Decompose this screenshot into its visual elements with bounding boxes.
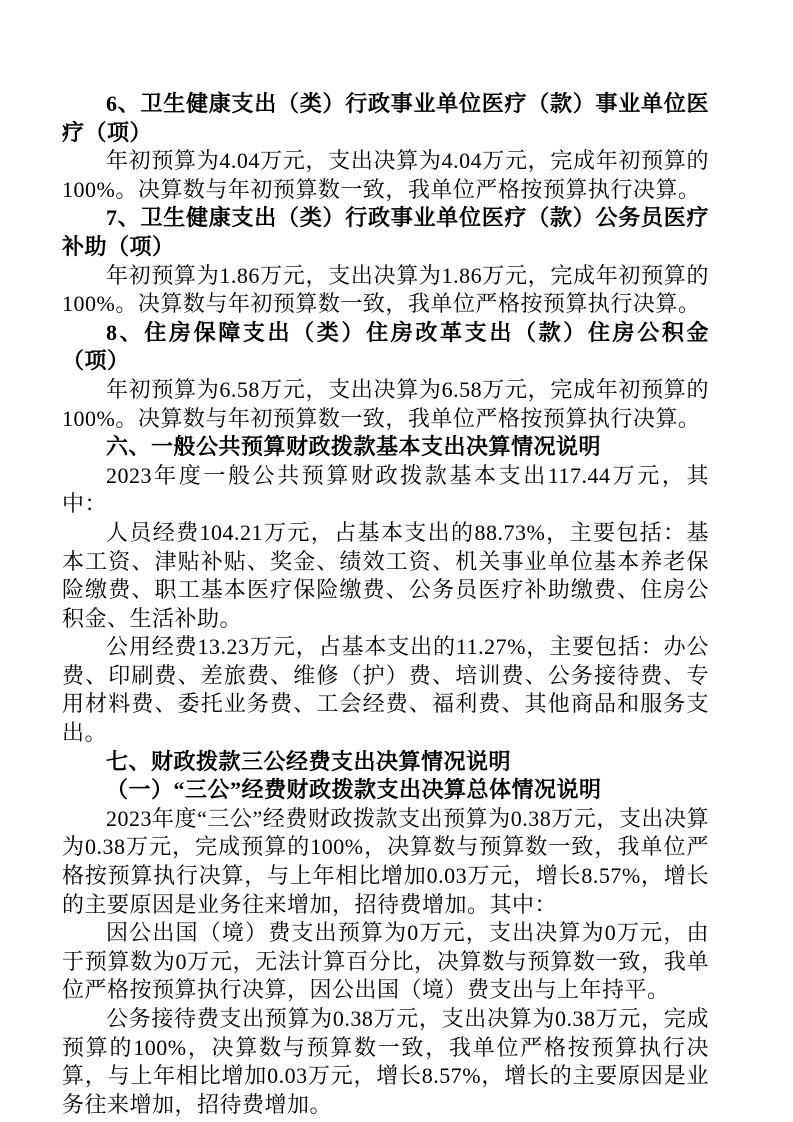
para-abroad-expense: 因公出国（境）费支出预算为0万元，支出决算为0万元，由于预算数为0万元，无法计算… xyxy=(62,919,709,1005)
heading-section-7-1-overview: （一）“三公”经费财政拨款支出决算总体情况说明 xyxy=(62,776,709,805)
heading-health-expense-7: 7、卫生健康支出（类）行政事业单位医疗（款）公务员医疗补助（项） xyxy=(62,204,709,261)
heading-section-6-basic-expense: 六、一般公共预算财政拨款基本支出决算情况说明 xyxy=(62,433,709,462)
para-reception-expense: 公务接待费支出预算为0.38万元，支出决算为0.38万元，完成预算的100%，决… xyxy=(62,1005,709,1119)
para-sangong-overview: 2023年度“三公”经费财政拨款支出预算为0.38万元，支出决算为0.38万元，… xyxy=(62,805,709,919)
para-housing-expense-8-detail: 年初预算为6.58万元，支出决算为6.58万元，完成年初预算的100%。决算数与… xyxy=(62,376,709,433)
para-health-expense-6-detail: 年初预算为4.04万元，支出决算为4.04万元，完成年初预算的100%。决算数与… xyxy=(62,147,709,204)
para-basic-expense-total: 2023年度一般公共预算财政拨款基本支出117.44万元，其中： xyxy=(62,462,709,519)
heading-housing-expense-8: 8、住房保障支出（类）住房改革支出（款）住房公积金（项） xyxy=(62,319,709,376)
para-health-expense-7-detail: 年初预算为1.86万元，支出决算为1.86万元，完成年初预算的100%。决算数与… xyxy=(62,262,709,319)
heading-health-expense-6: 6、卫生健康支出（类）行政事业单位医疗（款）事业单位医疗（项） xyxy=(62,90,709,147)
document-page: 6、卫生健康支出（类）行政事业单位医疗（款）事业单位医疗（项） 年初预算为4.0… xyxy=(0,0,793,1122)
document-body: 6、卫生健康支出（类）行政事业单位医疗（款）事业单位医疗（项） 年初预算为4.0… xyxy=(62,90,709,1119)
heading-section-7-sangong: 七、财政拨款三公经费支出决算情况说明 xyxy=(62,748,709,777)
para-public-expense: 公用经费13.23万元，占基本支出的11.27%，主要包括：办公费、印刷费、差旅… xyxy=(62,633,709,747)
para-personnel-expense: 人员经费104.21万元，占基本支出的88.73%，主要包括：基本工资、津贴补贴… xyxy=(62,519,709,633)
